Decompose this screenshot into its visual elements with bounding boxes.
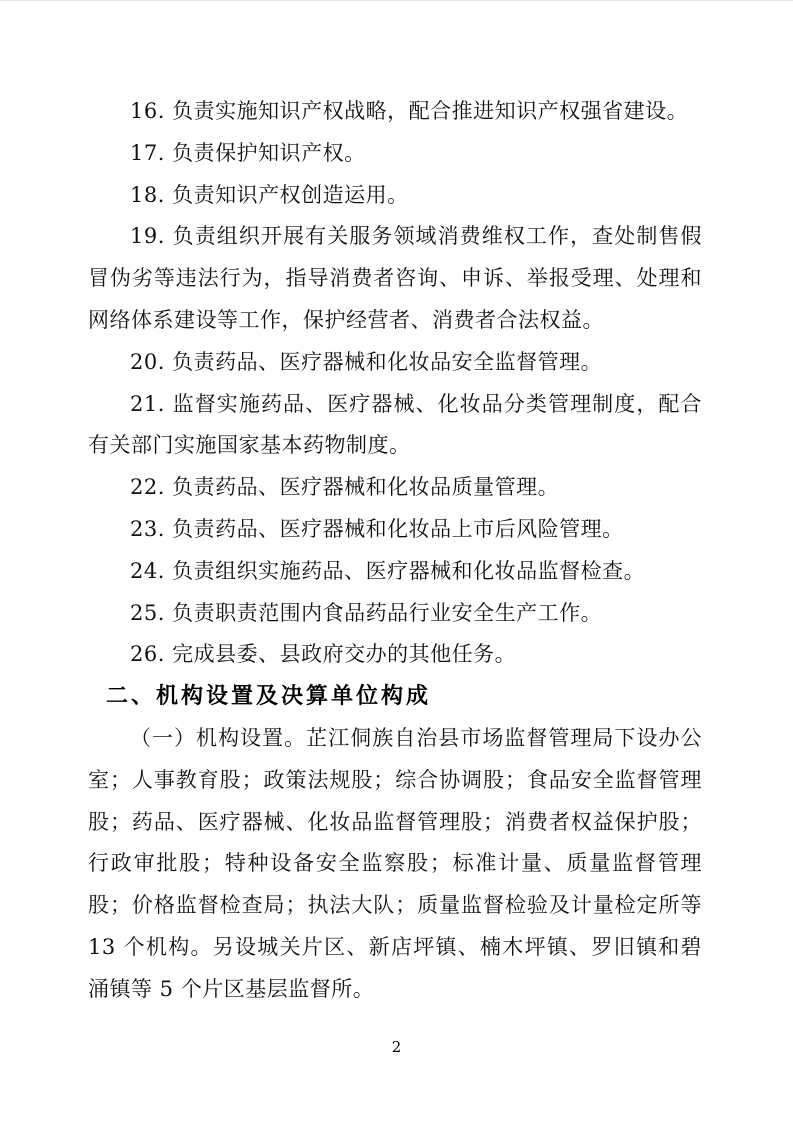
page-number: 2 bbox=[0, 1038, 793, 1056]
section-heading: 二、机构设置及决算单位构成 bbox=[106, 676, 702, 718]
numbered-item-17: 17. 负责保护知识产权。 bbox=[88, 133, 702, 175]
numbered-item-18: 18. 负责知识产权创造运用。 bbox=[88, 175, 702, 217]
document-body: 16. 负责实施知识产权战略，配合推进知识产权强省建设。 17. 负责保护知识产… bbox=[88, 91, 702, 1011]
numbered-item-25: 25. 负责职责范围内食品药品行业安全生产工作。 bbox=[88, 593, 702, 635]
numbered-item-24: 24. 负责组织实施药品、医疗器械和化妆品监督检查。 bbox=[88, 551, 702, 593]
document-page: 16. 负责实施知识产权战略，配合推进知识产权强省建设。 17. 负责保护知识产… bbox=[0, 0, 793, 1122]
org-structure-paragraph: （一）机构设置。芷江侗族自治县市场监督管理局下设办公室；人事教育股；政策法规股；… bbox=[88, 718, 702, 1011]
numbered-item-23: 23. 负责药品、医疗器械和化妆品上市后风险管理。 bbox=[88, 509, 702, 551]
numbered-item-21: 21. 监督实施药品、医疗器械、化妆品分类管理制度，配合有关部门实施国家基本药物… bbox=[88, 384, 702, 468]
numbered-item-26: 26. 完成县委、县政府交办的其他任务。 bbox=[88, 634, 702, 676]
numbered-item-20: 20. 负责药品、医疗器械和化妆品安全监督管理。 bbox=[88, 342, 702, 384]
numbered-item-22: 22. 负责药品、医疗器械和化妆品质量管理。 bbox=[88, 467, 702, 509]
numbered-item-19: 19. 负责组织开展有关服务领域消费维权工作，查处制售假冒伪劣等违法行为，指导消… bbox=[88, 216, 702, 341]
numbered-item-16: 16. 负责实施知识产权战略，配合推进知识产权强省建设。 bbox=[88, 91, 702, 133]
